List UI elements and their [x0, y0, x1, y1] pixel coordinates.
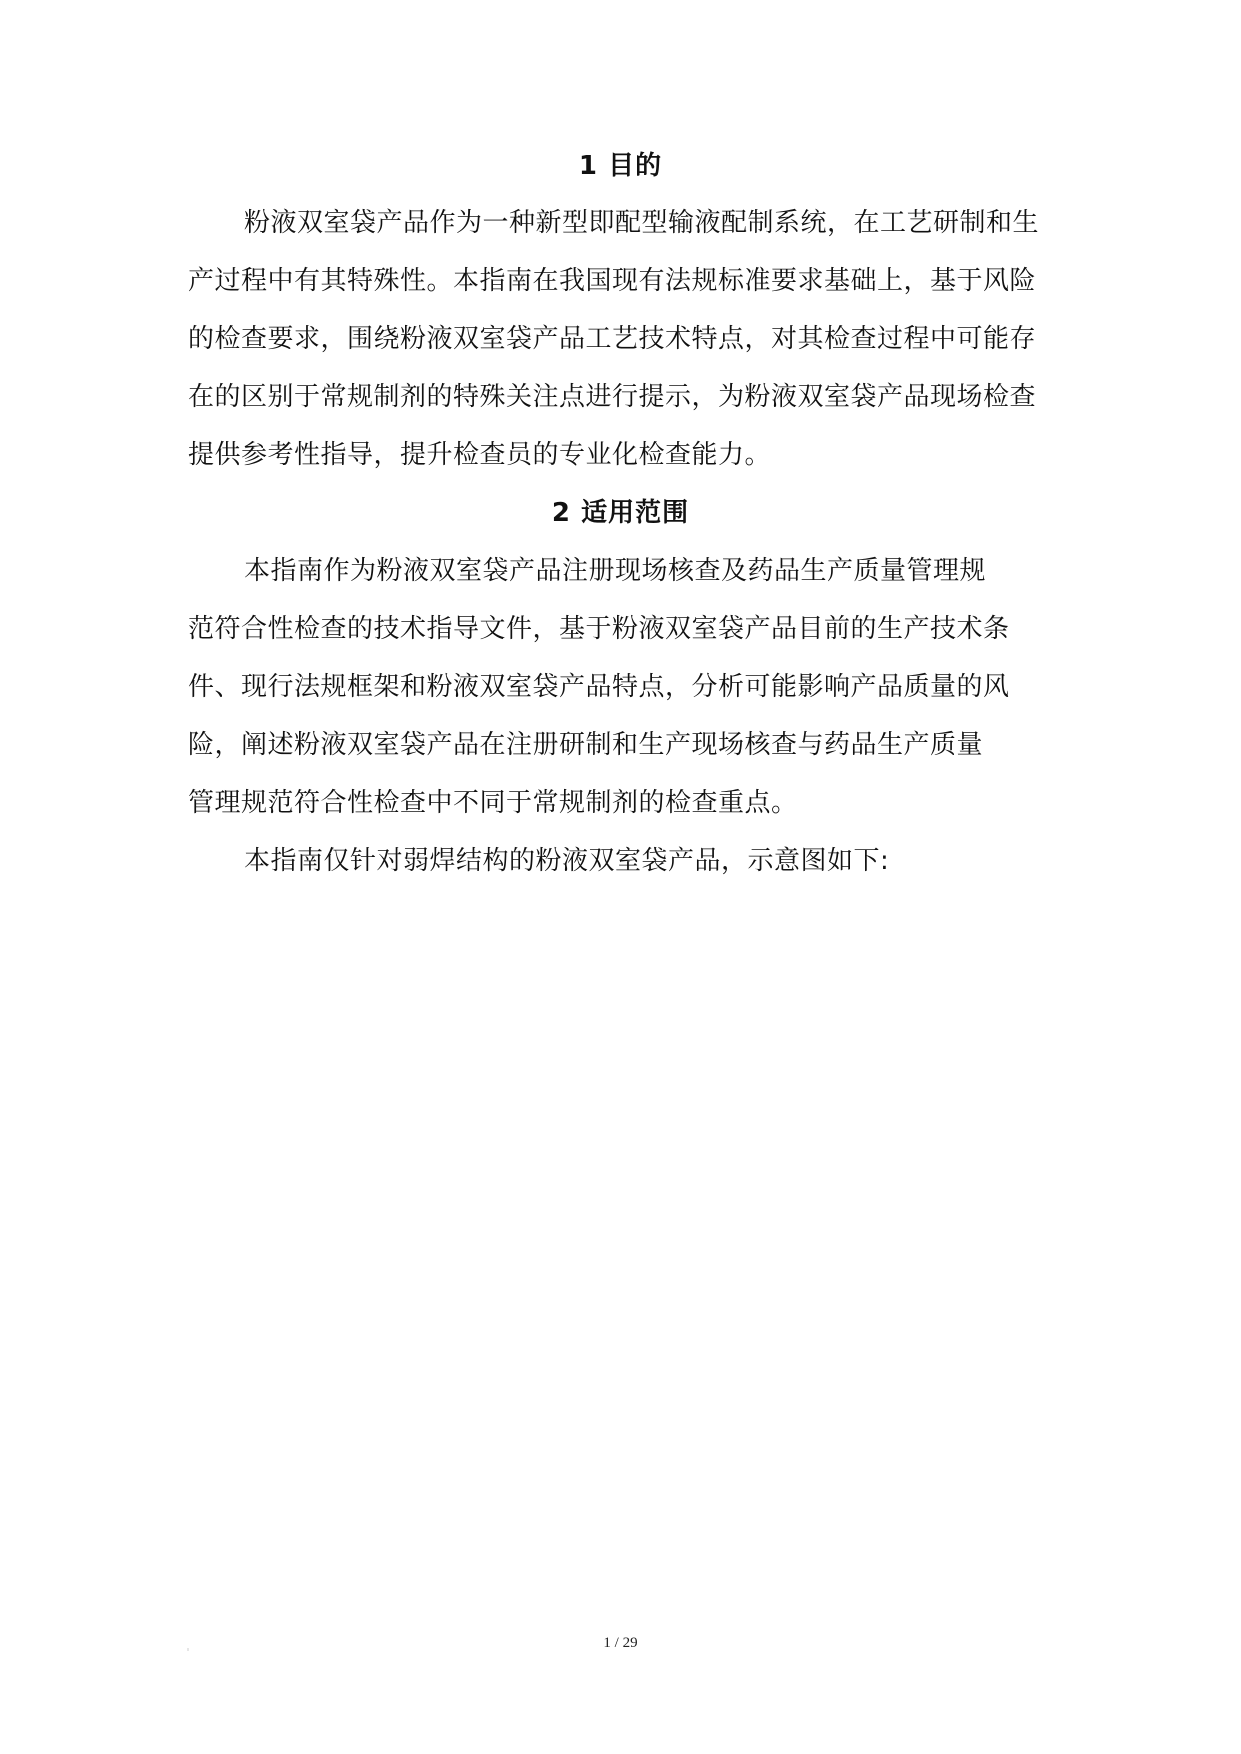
paragraph-line: 件、现行法规框架和粉液双室袋产品特点，分析可能影响产品质量的风 [188, 669, 1010, 705]
section-1-heading: 1 目的 [0, 148, 1241, 184]
document-page: 1 目的 粉液双室袋产品作为一种新型即配型输液配制系统，在工艺研制和生 产过程中… [0, 0, 1241, 1754]
paragraph-line: 范符合性检查的技术指导文件，基于粉液双室袋产品目前的生产技术条 [188, 611, 1010, 647]
paragraph-line: 本指南作为粉液双室袋产品注册现场核查及药品生产质量管理规 [244, 553, 986, 589]
paragraph-line: 险，阐述粉液双室袋产品在注册研制和生产现场核查与药品生产质量 [188, 727, 983, 763]
paragraph-line: 在的区别于常规制剂的特殊关注点进行提示，为粉液双室袋产品现场检查 [188, 379, 1036, 415]
paragraph-line: 产过程中有其特殊性。本指南在我国现有法规标准要求基础上，基于风险 [188, 263, 1036, 299]
page-number: 1 / 29 [0, 1633, 1241, 1653]
paragraph-line: 粉液双室袋产品作为一种新型即配型输液配制系统，在工艺研制和生 [244, 205, 1039, 241]
paragraph-line: 提供参考性指导，提升检查员的专业化检查能力。 [188, 437, 771, 473]
section-2-heading: 2 适用范围 [0, 495, 1241, 531]
paragraph-line: 本指南仅针对弱焊结构的粉液双室袋产品，示意图如下: [244, 843, 889, 879]
paragraph-line: 管理规范符合性检查中不同于常规制剂的检查重点。 [188, 785, 798, 821]
paragraph-line: 的检查要求，围绕粉液双室袋产品工艺技术特点，对其检查过程中可能存 [188, 321, 1036, 357]
